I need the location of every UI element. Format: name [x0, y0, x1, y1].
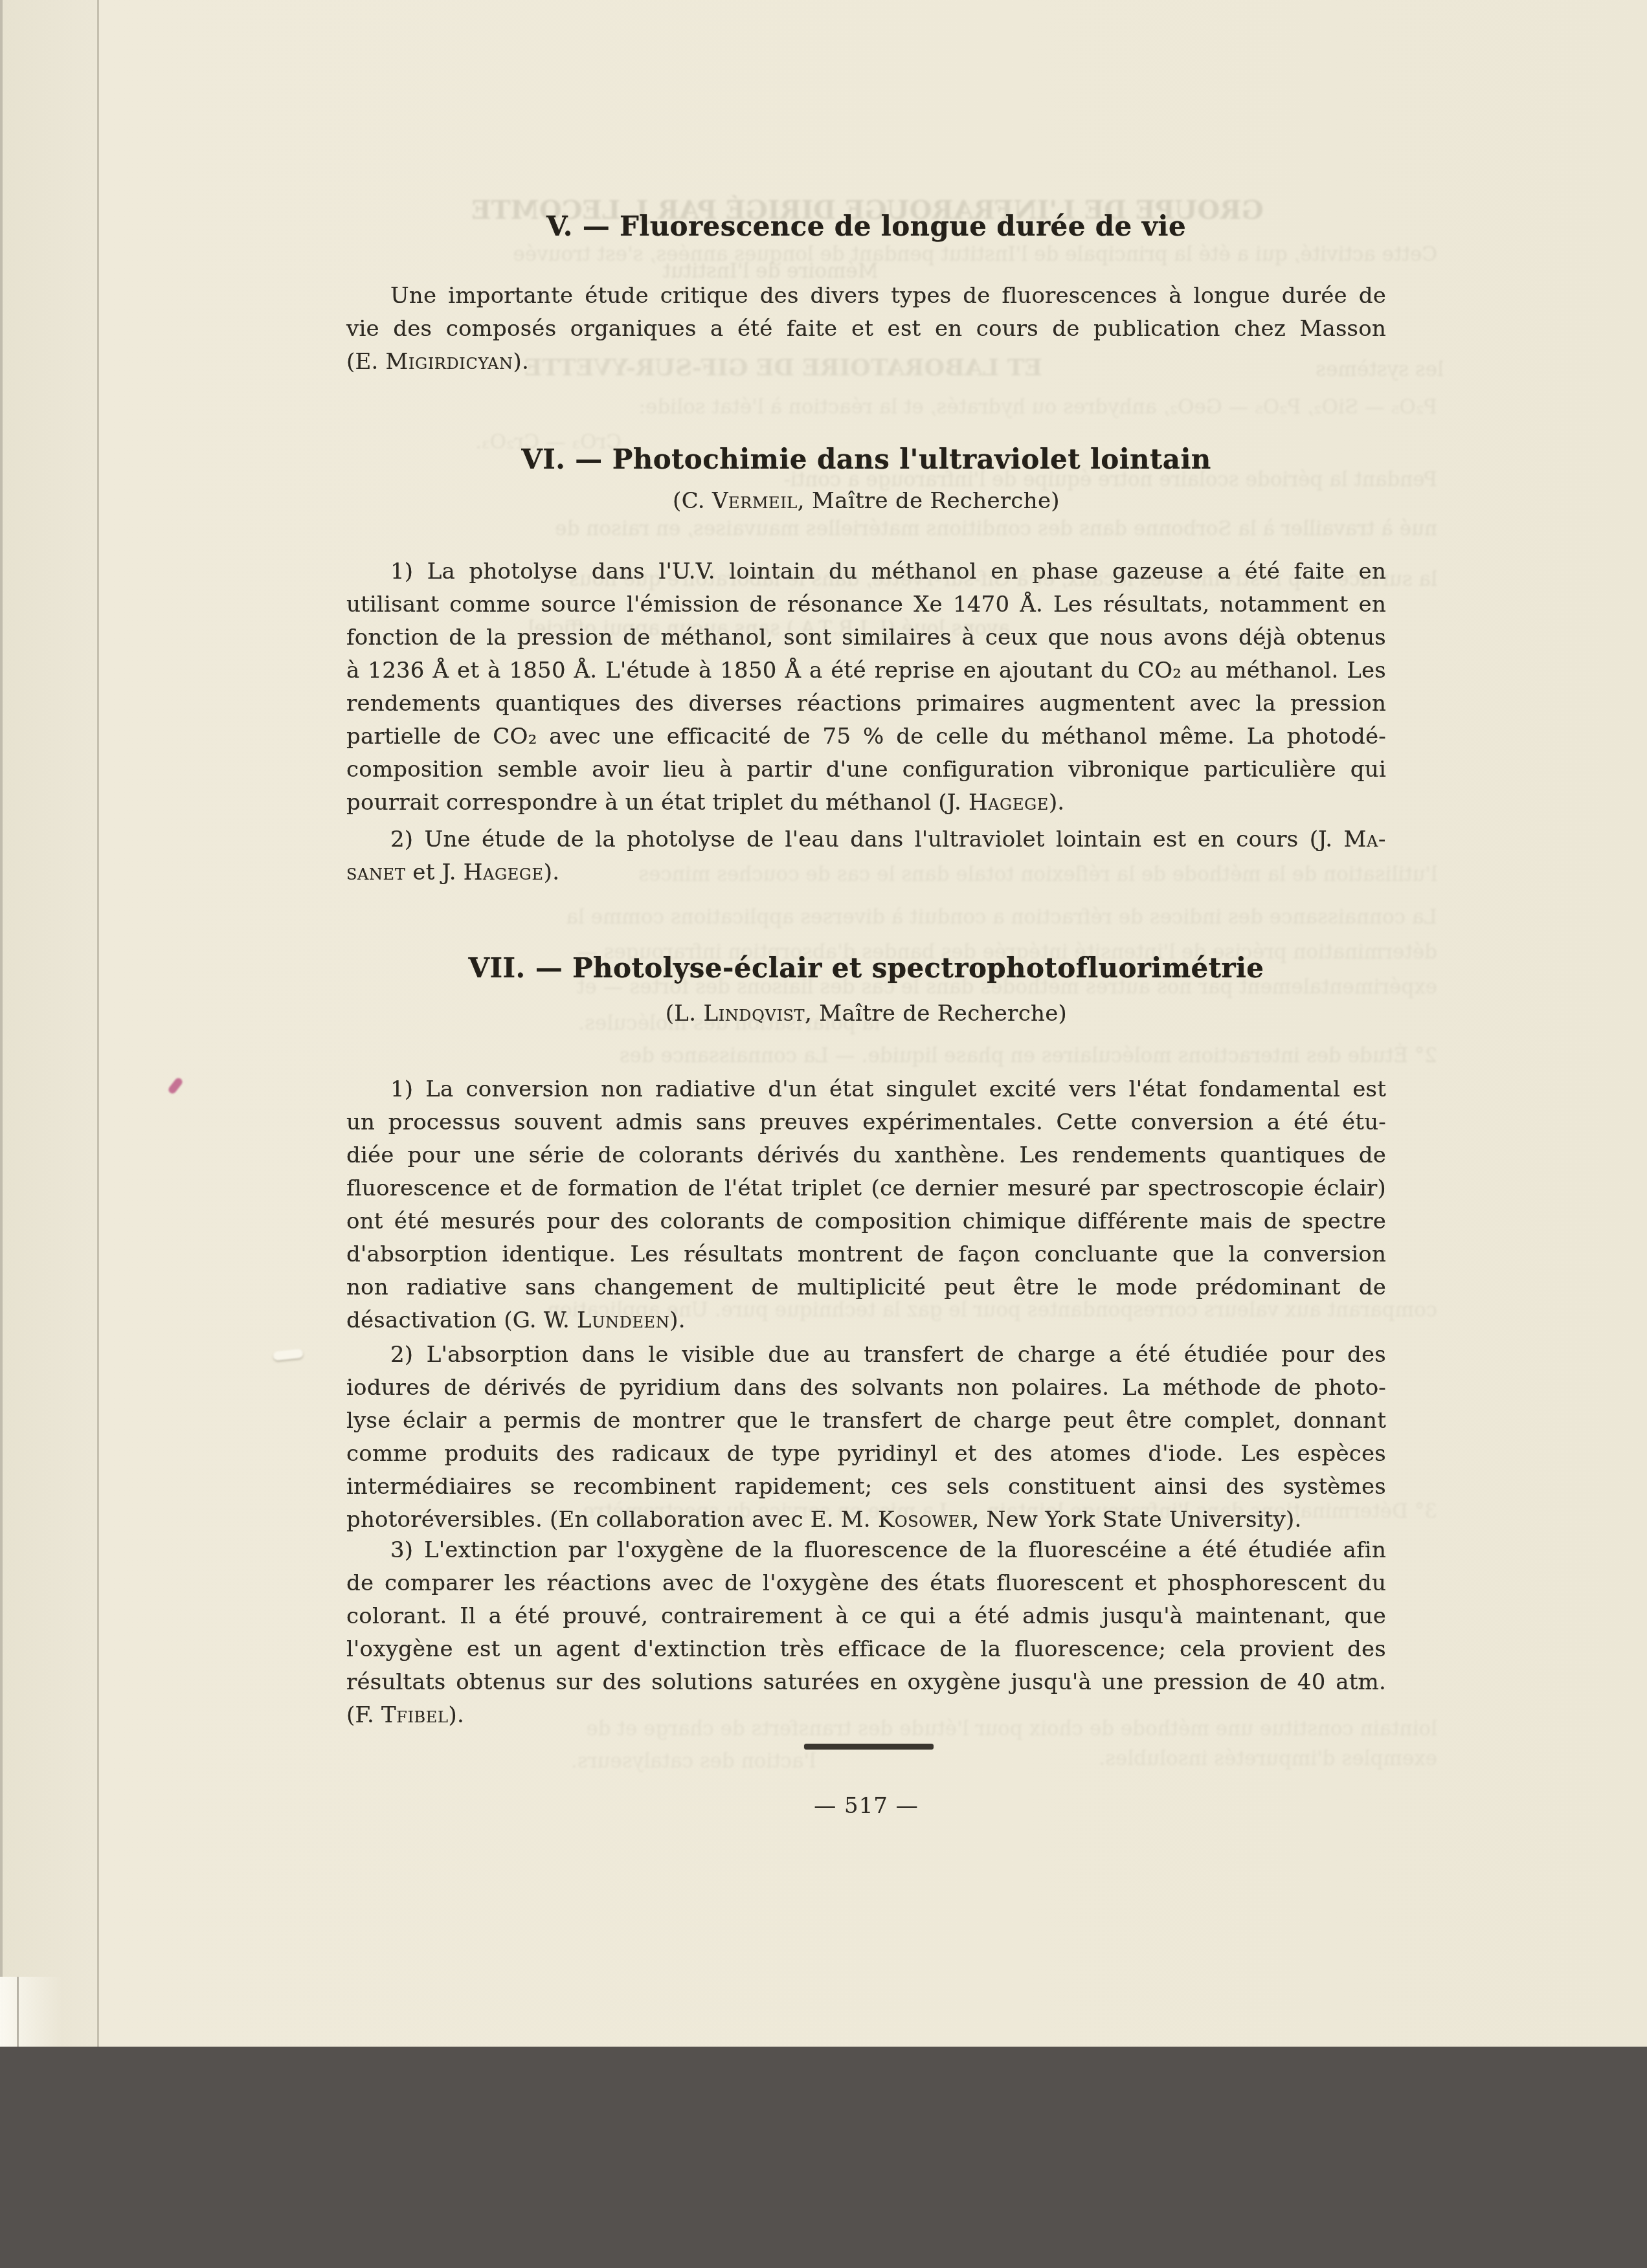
text-segment: vie des composés organiques a été faite …	[346, 316, 1386, 342]
text-line: à 1236 Å et à 1850 Å. L'étude à 1850 Å a…	[346, 654, 1386, 687]
erasure-smudge	[273, 1349, 303, 1361]
text-segment: utilisant comme source l'émission de rés…	[346, 592, 1386, 617]
text-line: (E. Migirdicyan).	[346, 346, 1386, 379]
text-segment: Lundeen	[577, 1307, 669, 1333]
text-line: non radiative sans changement de multipl…	[346, 1271, 1386, 1304]
text-segment: ).	[1049, 790, 1064, 816]
text-line: colorant. Il a été prouvé, contrairement…	[346, 1600, 1386, 1633]
text-segment: (C.	[673, 488, 712, 514]
text-line: rendements quantiques des diverses réact…	[346, 687, 1386, 720]
text-segment: fonction de la pression de méthanol, son…	[346, 625, 1386, 650]
section-v-heading: V. — Fluorescence de longue durée de vie	[346, 208, 1386, 245]
text-segment: Hagege	[969, 790, 1049, 816]
text-segment: ).	[669, 1307, 685, 1333]
text-line: 2) L'absorption dans le visible due au t…	[346, 1339, 1386, 1372]
text-line: diée pour une série de colorants dérivés…	[346, 1139, 1386, 1172]
scanner-bed-background	[0, 2047, 1647, 2268]
text-block: V. — Fluorescence de longue durée de vie…	[346, 0, 1386, 2047]
text-segment: Kosower	[878, 1507, 972, 1533]
section-vii-paragraph-3: 3) L'extinction par l'oxygène de la fluo…	[346, 1534, 1386, 1732]
section-vii-heading: VII. — Photolyse-éclair et spectrophotof…	[346, 950, 1386, 986]
text-line: désactivation (G. W. Lundeen).	[346, 1304, 1386, 1337]
text-segment: 3) L'extinction par l'oxygène de la fluo…	[390, 1537, 1386, 1563]
text-line: sanet et J. Hagege).	[346, 856, 1386, 889]
text-segment: Vermeil	[712, 488, 798, 514]
text-segment: diée pour une série de colorants dérivés…	[346, 1142, 1386, 1168]
text-segment: ).	[513, 349, 529, 375]
text-line: (F. Tfibel).	[346, 1699, 1386, 1732]
text-segment: iodures de dérivés de pyridium dans des …	[346, 1375, 1386, 1401]
text-segment: , New York State University).	[972, 1507, 1302, 1533]
text-line: iodures de dérivés de pyridium dans des …	[346, 1372, 1386, 1405]
text-line: partielle de CO₂ avec une efficacité de …	[346, 720, 1386, 753]
text-segment: partielle de CO₂ avec une efficacité de …	[346, 724, 1386, 750]
text-segment: de comparer les réactions avec de l'oxyg…	[346, 1570, 1386, 1596]
text-line: 2) Une étude de la photolyse de l'eau da…	[346, 823, 1386, 856]
text-segment: fluorescence et de formation de l'état t…	[346, 1175, 1386, 1201]
text-segment: ).	[544, 860, 559, 885]
text-segment: lyse éclair a permis de montrer que le t…	[346, 1408, 1386, 1434]
page-fold-crease	[97, 0, 99, 2047]
text-segment: , Maître de Recherche)	[798, 488, 1060, 514]
section-vi-author-line: (C. Vermeil, Maître de Recherche)	[346, 485, 1386, 517]
section-vi-paragraph-2: 2) Une étude de la photolyse de l'eau da…	[346, 823, 1386, 889]
section-vii-paragraph-2: 2) L'absorption dans le visible due au t…	[346, 1339, 1386, 1537]
text-segment: (L.	[666, 1001, 704, 1027]
text-segment: 1) La conversion non radiative d'un état…	[390, 1076, 1386, 1102]
text-line: comme produits des radicaux de type pyri…	[346, 1438, 1386, 1471]
text-segment: Ma-	[1344, 827, 1386, 852]
text-line: 3) L'extinction par l'oxygène de la fluo…	[346, 1534, 1386, 1567]
text-segment: photoréversibles. (En collaboration avec…	[346, 1507, 878, 1533]
text-segment: colorant. Il a été prouvé, contrairement…	[346, 1603, 1386, 1629]
text-line: ont été mesurés pour des colorants de co…	[346, 1205, 1386, 1238]
section-vii-author-line: (L. Lindqvist, Maître de Recherche)	[346, 998, 1386, 1029]
text-segment: d'absorption identique. Les résultats mo…	[346, 1241, 1386, 1267]
pink-ink-mark	[167, 1076, 184, 1095]
page-edge-highlight	[0, 1977, 62, 2047]
text-segment: pourrait correspondre à un état triplet …	[346, 790, 969, 816]
page-left-edge	[0, 0, 3, 2047]
section-v-paragraph-1: Une importante étude critique des divers…	[346, 280, 1386, 379]
text-line: Une importante étude critique des divers…	[346, 280, 1386, 313]
text-segment: et J.	[405, 860, 463, 885]
text-line: composition semble avoir lieu à partir d…	[346, 753, 1386, 786]
text-line: fonction de la pression de méthanol, son…	[346, 621, 1386, 654]
page-edge-line	[17, 1977, 19, 2047]
text-line: pourrait correspondre à un état triplet …	[346, 786, 1386, 819]
text-line: utilisant comme source l'émission de rés…	[346, 588, 1386, 621]
text-segment: l'oxygène est un agent d'extinction très…	[346, 1636, 1386, 1662]
text-segment: intermédiaires se recombinent rapidement…	[346, 1474, 1386, 1500]
text-line: 1) La conversion non radiative d'un état…	[346, 1073, 1386, 1106]
page-number: — 517 —	[346, 1793, 1386, 1819]
text-line: d'absorption identique. Les résultats mo…	[346, 1238, 1386, 1271]
section-vii-paragraph-1: 1) La conversion non radiative d'un état…	[346, 1073, 1386, 1337]
text-line: l'oxygène est un agent d'extinction très…	[346, 1633, 1386, 1666]
text-segment: un processus souvent admis sans preuves …	[346, 1109, 1386, 1135]
text-line: fluorescence et de formation de l'état t…	[346, 1172, 1386, 1205]
section-vi-paragraph-1: 1) La photolyse dans l'U.V. lointain du …	[346, 555, 1386, 819]
text-segment: rendements quantiques des diverses réact…	[346, 691, 1386, 717]
text-segment: (E.	[346, 349, 386, 375]
section-vi-heading: VI. — Photochimie dans l'ultraviolet loi…	[346, 441, 1386, 478]
text-segment: désactivation (G. W.	[346, 1307, 577, 1333]
page-paper: GROUPE DE L'INFRAROUGE DIRIGÉ PAR J. LEC…	[0, 0, 1647, 2047]
text-segment: Hagege	[464, 860, 544, 885]
text-line: vie des composés organiques a été faite …	[346, 313, 1386, 346]
text-segment: 2) Une étude de la photolyse de l'eau da…	[390, 827, 1344, 852]
text-segment: 1) La photolyse dans l'U.V. lointain du …	[390, 559, 1386, 584]
text-line: 1) La photolyse dans l'U.V. lointain du …	[346, 555, 1386, 588]
text-line: de comparer les réactions avec de l'oxyg…	[346, 1567, 1386, 1600]
text-segment: Lindqvist	[703, 1001, 805, 1027]
text-segment: ).	[449, 1702, 464, 1728]
text-segment: , Maître de Recherche)	[805, 1001, 1067, 1027]
text-segment: à 1236 Å et à 1850 Å. L'étude à 1850 Å a…	[346, 658, 1386, 684]
text-segment: ont été mesurés pour des colorants de co…	[346, 1208, 1386, 1234]
text-line: intermédiaires se recombinent rapidement…	[346, 1471, 1386, 1504]
text-segment: résultats obtenus sur des solutions satu…	[346, 1669, 1386, 1695]
text-segment: (F.	[346, 1702, 381, 1728]
text-line: un processus souvent admis sans preuves …	[346, 1106, 1386, 1139]
section-end-rule	[804, 1744, 934, 1750]
text-line: résultats obtenus sur des solutions satu…	[346, 1666, 1386, 1699]
text-segment: Migirdicyan	[386, 349, 513, 375]
text-line: lyse éclair a permis de montrer que le t…	[346, 1405, 1386, 1438]
text-segment: non radiative sans changement de multipl…	[346, 1274, 1386, 1300]
text-segment: composition semble avoir lieu à partir d…	[346, 757, 1386, 783]
text-line: photoréversibles. (En collaboration avec…	[346, 1504, 1386, 1537]
text-segment: sanet	[346, 860, 405, 885]
text-segment: Une importante étude critique des divers…	[390, 283, 1386, 309]
text-segment: comme produits des radicaux de type pyri…	[346, 1441, 1386, 1467]
text-segment: 2) L'absorption dans le visible due au t…	[390, 1342, 1386, 1368]
text-segment: Tfibel	[381, 1702, 449, 1728]
